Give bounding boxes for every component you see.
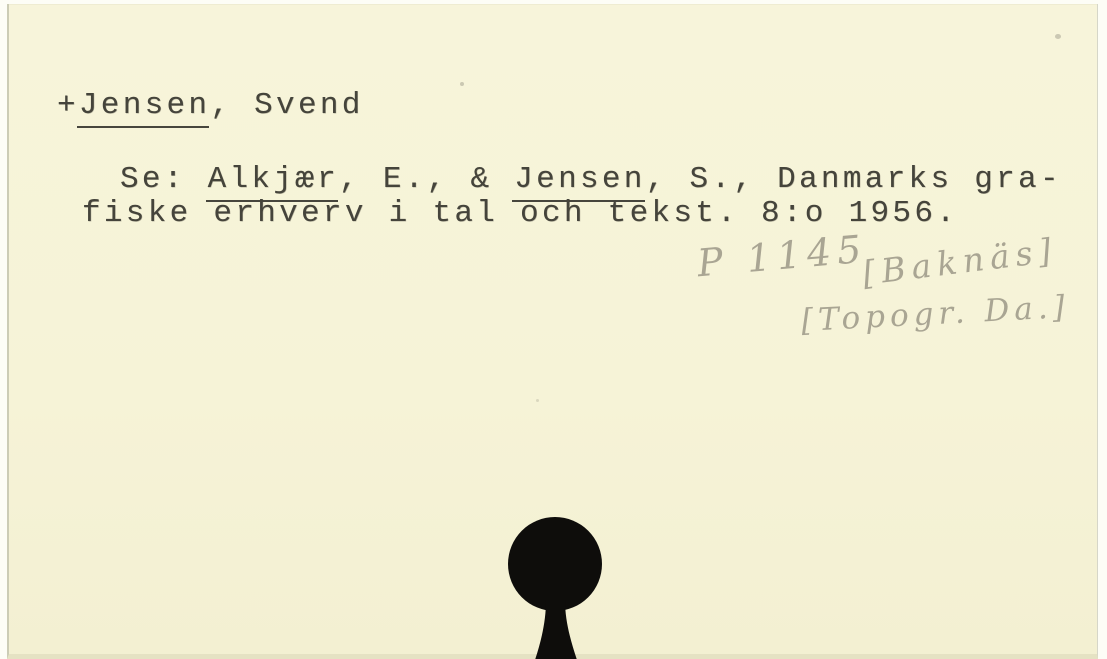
reference-tail: , S., Danmarks gra-: [646, 162, 1062, 197]
paper-speck: [1055, 34, 1061, 39]
heading-prefix: +: [57, 88, 79, 123]
scanned-card-image: +Jensen, Svend Se: Alkjær, E., & Jensen,…: [0, 0, 1107, 659]
catalog-card: +Jensen, Svend Se: Alkjær, E., & Jensen,…: [7, 4, 1098, 659]
reference-author-1: Alkjær: [208, 163, 339, 197]
topography-annotation: [Topogr. Da.]: [800, 289, 1070, 339]
punch-circle: [508, 517, 602, 611]
see-label: Se:: [120, 162, 208, 197]
keyhole-punch-hole: [494, 510, 616, 659]
paper-speck: [536, 399, 539, 402]
heading-rest: , Svend: [210, 88, 363, 123]
card-heading: +Jensen, Svend: [57, 89, 364, 123]
reference-line-2: fiske erhverv i tal och tekst. 8:o 1956.: [82, 197, 958, 231]
reference-line-1: Se: Alkjær, E., & Jensen, S., Danmarks g…: [120, 163, 1062, 197]
place-annotation: [Baknäs]: [860, 230, 1059, 293]
shelfmark-annotation: P 1145: [695, 227, 869, 286]
reference-author-2: Jensen: [514, 163, 645, 197]
punch-stem: [534, 600, 578, 659]
paper-speck: [460, 82, 464, 86]
heading-surname: Jensen: [79, 89, 210, 123]
reference-mid: , E., &: [339, 162, 514, 197]
